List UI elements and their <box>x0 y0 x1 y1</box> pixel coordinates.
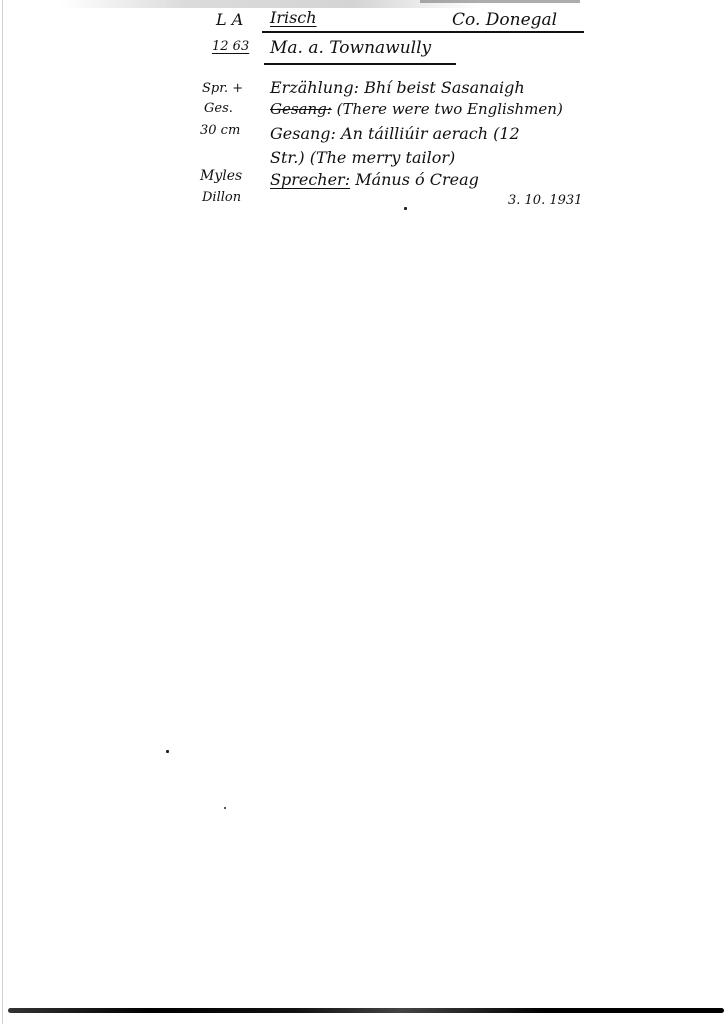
margin-format2: Ges. <box>204 102 233 115</box>
entry-label: Gesang: <box>270 124 336 143</box>
bottom-edge-rule <box>8 1008 724 1013</box>
entry-text: Str.) (The merry tailor) <box>270 148 455 167</box>
entry-text: (There were two Englishmen) <box>337 100 563 118</box>
page-left-edge <box>2 0 3 1024</box>
recording-date: 3. 10. 1931 <box>508 194 582 207</box>
entry-label-struck: Gesang: <box>270 100 332 118</box>
entry-text: An táilliúir aerach (12 <box>341 124 520 143</box>
entry-text: Bhí beist Sasanaigh <box>364 78 525 97</box>
county: Co. Donegal <box>452 12 557 29</box>
entry-row: Gesang: An táilliúir aerach (12 <box>270 126 520 142</box>
entry-label: Erzählung: <box>270 78 359 97</box>
speaker-row: Sprecher: Mánus ó Creag <box>270 172 479 188</box>
archive-number: 12 63 <box>212 40 249 53</box>
place: Ma. a. Townawully <box>270 40 431 57</box>
recorder-first: Myles <box>200 169 242 183</box>
entry-row: Gesang: (There were two Englishmen) <box>270 102 563 117</box>
speaker-name: Mánus ó Creag <box>355 170 479 189</box>
language: Irisch <box>270 10 317 26</box>
margin-size: 30 cm <box>200 124 240 137</box>
archive-code: L A <box>216 12 243 28</box>
scan-artifact-top <box>60 0 480 8</box>
speaker-label: Sprecher: <box>270 170 350 189</box>
entry-row: Erzählung: Bhí beist Sasanaigh <box>270 80 525 96</box>
ink-speck <box>404 207 407 210</box>
header-underline <box>262 31 584 33</box>
place-underline <box>264 63 456 65</box>
scan-artifact-top-dark <box>420 0 580 3</box>
entry-row: Str.) (The merry tailor) <box>270 150 455 166</box>
margin-format: Spr. + <box>202 82 243 95</box>
ink-speck <box>166 750 169 753</box>
recorder-last: Dillon <box>202 191 241 204</box>
ink-speck <box>224 807 226 809</box>
